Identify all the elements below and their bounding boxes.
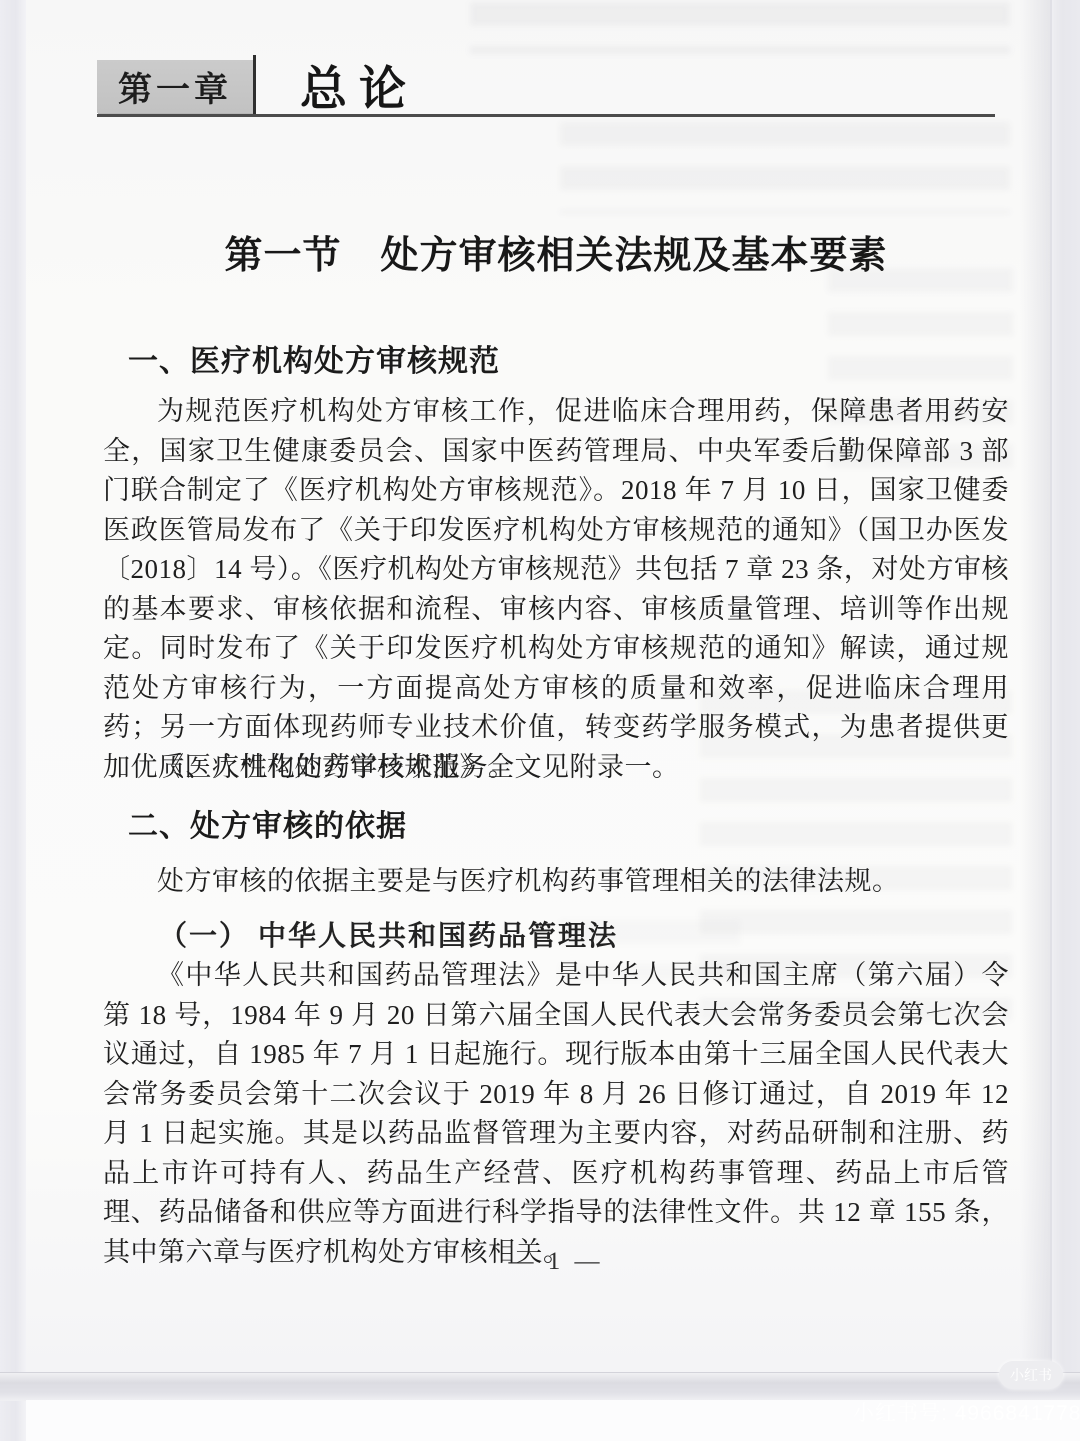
xiaohongshu-id-watermark: 小红书号: 49668417785: [853, 1397, 1080, 1427]
section-title: 第一节 处方审核相关法规及基本要素: [103, 224, 1009, 279]
paragraph-2: 《医疗机构处方审核规范》全文见附录一。: [103, 748, 1009, 788]
book-page-photo: 第一章 总论 第一节 处方审核相关法规及基本要素 一、医疗机构处方审核规范 为规…: [0, 0, 1080, 1441]
photo-right-edge: [1050, 0, 1080, 1374]
chapter-header-divider: [253, 55, 256, 115]
paragraph-4: 《中华人民共和国药品管理法》是中华人民共和国主席（第六届）令第 18 号，198…: [103, 956, 1009, 1272]
page-right-shadow: [1020, 0, 1052, 1374]
xiaohongshu-badge: 小红书: [999, 1361, 1063, 1389]
heading-2: 二、处方审核的依据: [128, 801, 1008, 845]
paragraph-1: 为规范医疗机构处方审核工作，促进临床合理用药，保障患者用药安全，国家卫生健康委员…: [103, 392, 1009, 787]
heading-1: 一、医疗机构处方审核规范: [128, 336, 1008, 380]
photo-left-edge: [0, 0, 26, 1441]
subheading-1: （一） 中华人民共和国药品管理法: [103, 914, 1009, 954]
chapter-title: 总论: [300, 52, 418, 119]
chapter-header-rule: [97, 114, 995, 117]
paragraph-3: 处方审核的依据主要是与医疗机构药事管理相关的法律法规。: [103, 862, 1009, 902]
chapter-number-box: 第一章: [97, 60, 253, 113]
page-number: — 1 —: [103, 1248, 1009, 1276]
chapter-number-label: 第一章: [118, 62, 232, 111]
